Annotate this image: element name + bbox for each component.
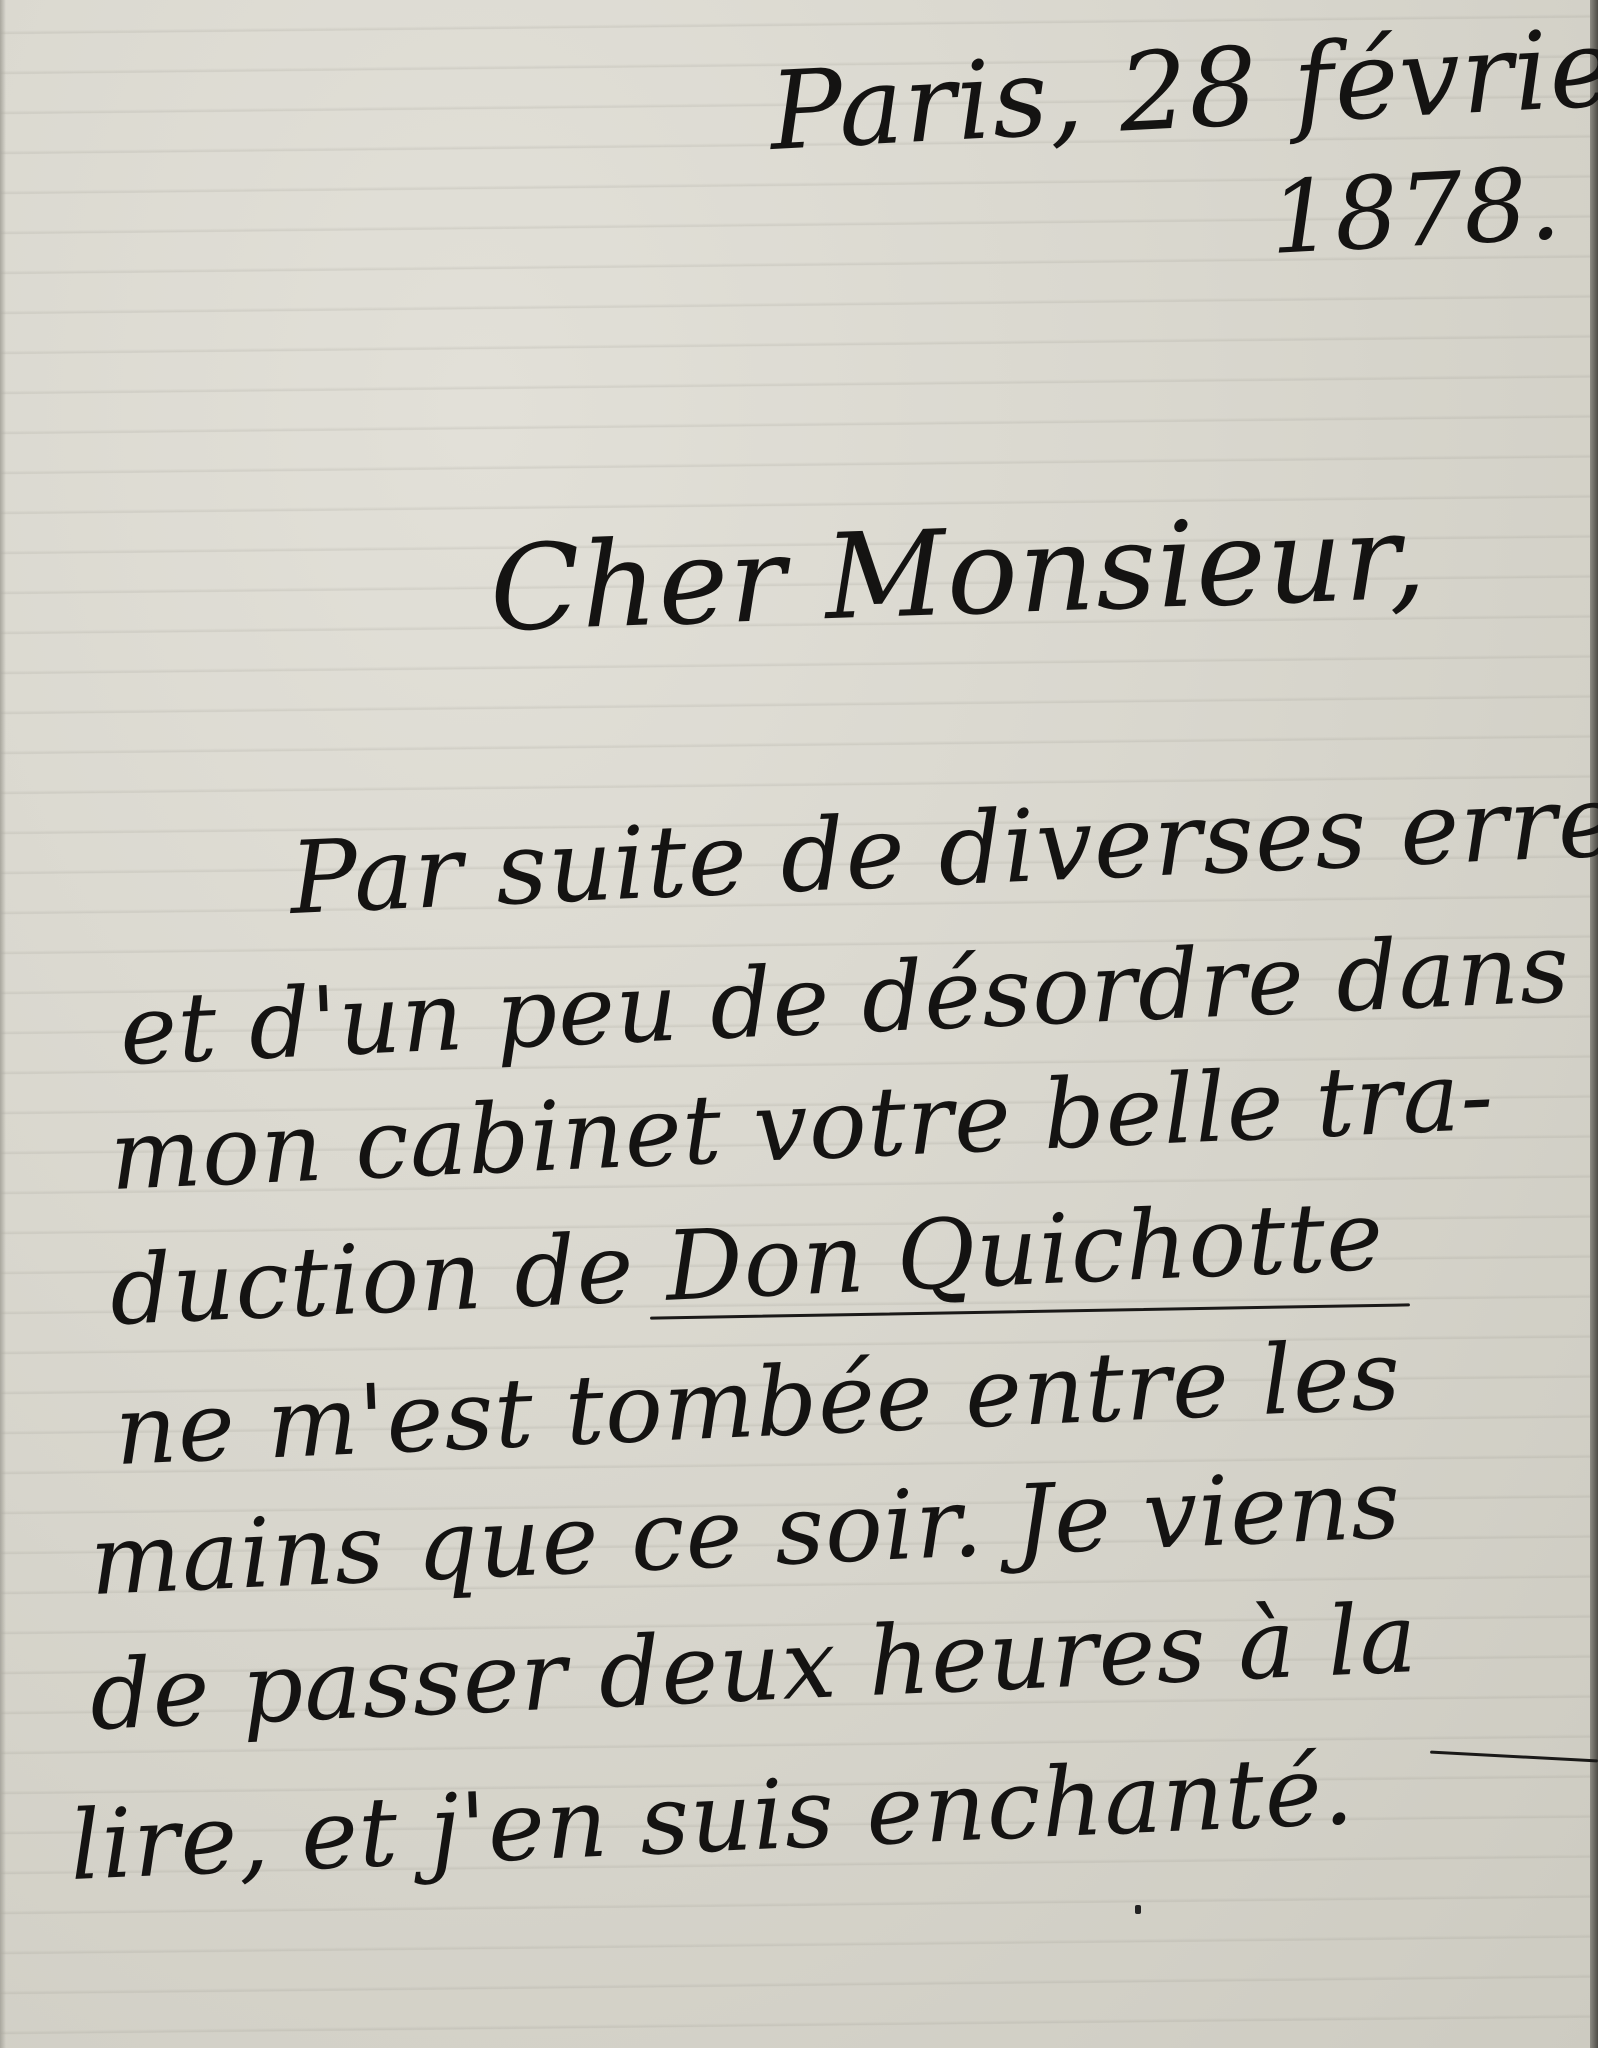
margin-stroke [1430, 1751, 1598, 1763]
page-edge-shadow [1590, 0, 1598, 2048]
letter-body-line-8: lire, et j'en suis enchanté. [68, 1734, 1357, 1902]
letter-body-line-1: Par suite de diverses erreurs [287, 755, 1598, 937]
letter-year: 1878. [1267, 145, 1564, 277]
letter-page: Paris, 28 février 1878. Cher Monsieur, P… [0, 0, 1598, 2048]
ink-speck [1135, 1905, 1141, 1914]
letter-body-line-4: duction de Don Quichotte [108, 1179, 1387, 1347]
letter-salutation: Cher Monsieur, [488, 487, 1429, 658]
